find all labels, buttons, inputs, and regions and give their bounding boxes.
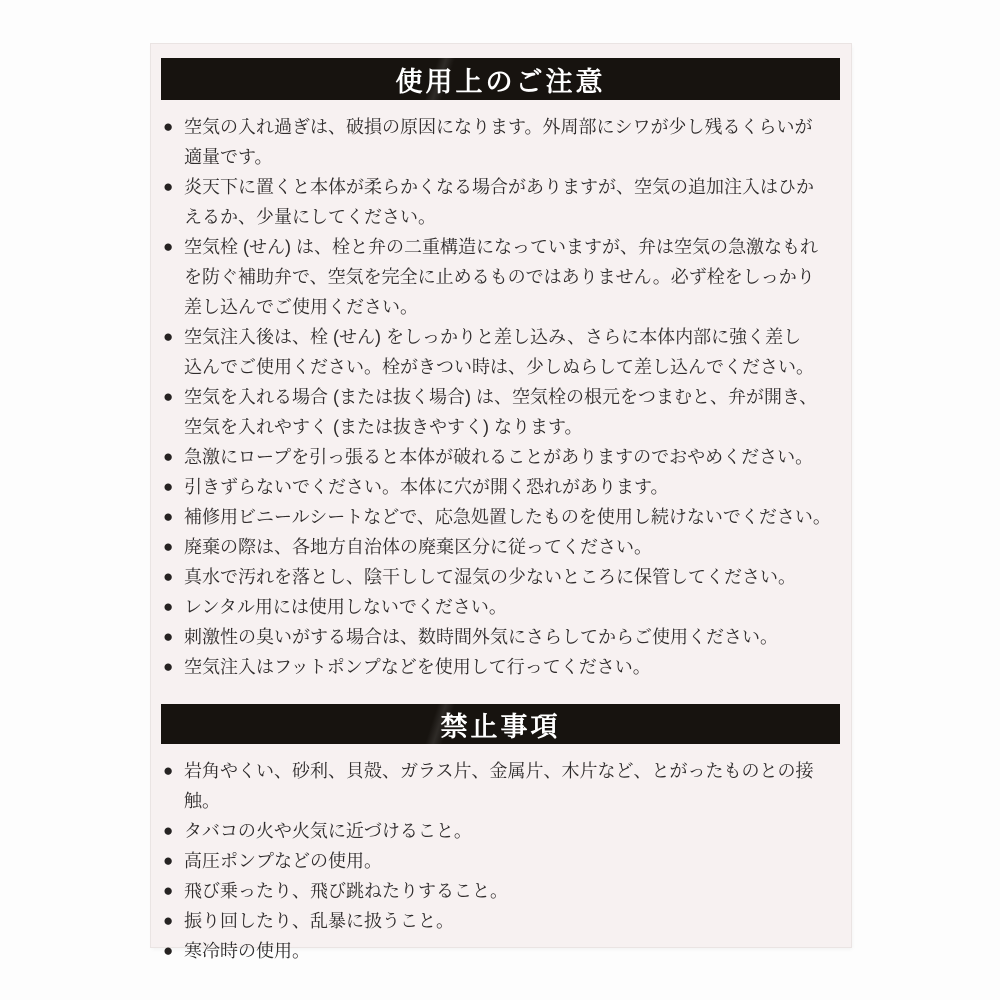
item-text: 空気の入れ過ぎは、破損の原因になります。外周部にシワが少し残るくらいが 適量です… [184,112,813,172]
list-item: ●急激にロープを引っ張ると本体が破れることがありますのでおやめください。 [163,442,841,472]
section-header-prohibited-items: 禁止事項 [161,704,840,744]
item-text: 廃棄の際は、各地方自治体の廃棄区分に従ってください。 [184,532,652,562]
section-title: 禁止事項 [441,705,561,744]
list-item: ●寒冷時の使用。 [163,936,841,966]
list-item: ●タバコの火や火気に近づけること。 [163,816,841,846]
item-text: 補修用ビニールシートなどで、応急処置したものを使用し続けないでください。 [184,502,831,532]
item-text: 急激にロープを引っ張ると本体が破れることがありますのでおやめください。 [184,442,813,472]
bullet-icon: ● [163,652,184,682]
item-text: 飛び乗ったり、飛び跳ねたりすること。 [184,876,508,906]
item-text: 空気注入後は、栓 (せん) をしっかりと差し込み、さらに本体内部に強く差し 込ん… [184,322,814,382]
item-text: 空気を入れる場合 (または抜く場合) は、空気栓の根元をつまむと、弁が開き、 空… [184,382,817,442]
list-item: ●空気を入れる場合 (または抜く場合) は、空気栓の根元をつまむと、弁が開き、 … [163,382,841,442]
item-text: レンタル用には使用しないでください。 [184,592,507,622]
list-item: ●刺激性の臭いがする場合は、数時間外気にさらしてからご使用ください。 [163,622,841,652]
bullet-icon: ● [163,112,184,142]
bullet-icon: ● [163,322,184,352]
item-text: 引きずらないでください。本体に穴が開く恐れがあります。 [184,472,669,502]
item-text: タバコの火や火気に近づけること。 [184,816,472,846]
list-item: ●レンタル用には使用しないでください。 [163,592,841,622]
bullet-icon: ● [163,906,184,936]
list-item: ●補修用ビニールシートなどで、応急処置したものを使用し続けないでください。 [163,502,841,532]
bullet-icon: ● [163,502,184,532]
bullet-icon: ● [163,382,184,412]
item-text: 空気注入はフットポンプなどを使用して行ってください。 [184,652,651,682]
item-text: 寒冷時の使用。 [184,936,310,966]
bullet-icon: ● [163,232,184,262]
item-text: 振り回したり、乱暴に扱うこと。 [184,906,454,936]
list-item: ●空気の入れ過ぎは、破損の原因になります。外周部にシワが少し残るくらいが 適量で… [163,112,841,172]
list-item: ●岩角やくい、砂利、貝殻、ガラス片、金属片、木片など、とがったものとの接触。 [163,756,841,816]
bullet-icon: ● [163,472,184,502]
bullet-icon: ● [163,172,184,202]
photo-stage: 使用上のご注意 ●空気の入れ過ぎは、破損の原因になります。外周部にシワが少し残る… [0,0,1000,1000]
bullet-icon: ● [163,756,184,786]
bullet-icon: ● [163,442,184,472]
list-item: ●廃棄の際は、各地方自治体の廃棄区分に従ってください。 [163,532,841,562]
list-item: ●高圧ポンプなどの使用。 [163,846,841,876]
bullet-icon: ● [163,532,184,562]
bullet-icon: ● [163,936,184,966]
usage-precautions-list: ●空気の入れ過ぎは、破損の原因になります。外周部にシワが少し残るくらいが 適量で… [151,112,851,682]
bullet-icon: ● [163,592,184,622]
list-item: ●引きずらないでください。本体に穴が開く恐れがあります。 [163,472,841,502]
bullet-icon: ● [163,816,184,846]
list-item: ●真水で汚れを落とし、陰干しして湿気の少ないところに保管してください。 [163,562,841,592]
prohibited-items-list: ●岩角やくい、砂利、貝殻、ガラス片、金属片、木片など、とがったものとの接触。●タ… [151,756,851,966]
item-text: 高圧ポンプなどの使用。 [184,846,382,876]
item-text: 空気栓 (せん) は、栓と弁の二重構造になっていますが、弁は空気の急激なもれ を… [184,232,818,322]
bullet-icon: ● [163,562,184,592]
item-text: 真水で汚れを落とし、陰干しして湿気の少ないところに保管してください。 [184,562,796,592]
bullet-icon: ● [163,846,184,876]
section-title: 使用上のご注意 [396,60,606,99]
item-text: 炎天下に置くと本体が柔らかくなる場合がありますが、空気の追加注入はひか えるか、… [184,172,814,232]
list-item: ●飛び乗ったり、飛び跳ねたりすること。 [163,876,841,906]
section-header-usage-precautions: 使用上のご注意 [161,58,840,100]
bullet-icon: ● [163,622,184,652]
list-item: ●空気栓 (せん) は、栓と弁の二重構造になっていますが、弁は空気の急激なもれ … [163,232,841,322]
bullet-icon: ● [163,876,184,906]
list-item: ●振り回したり、乱暴に扱うこと。 [163,906,841,936]
list-item: ●空気注入はフットポンプなどを使用して行ってください。 [163,652,841,682]
list-item: ●空気注入後は、栓 (せん) をしっかりと差し込み、さらに本体内部に強く差し 込… [163,322,841,382]
caution-label: 使用上のご注意 ●空気の入れ過ぎは、破損の原因になります。外周部にシワが少し残る… [151,44,851,947]
list-item: ●炎天下に置くと本体が柔らかくなる場合がありますが、空気の追加注入はひか えるか… [163,172,841,232]
item-text: 刺激性の臭いがする場合は、数時間外気にさらしてからご使用ください。 [184,622,778,652]
item-text: 岩角やくい、砂利、貝殻、ガラス片、金属片、木片など、とがったものとの接触。 [184,756,841,816]
